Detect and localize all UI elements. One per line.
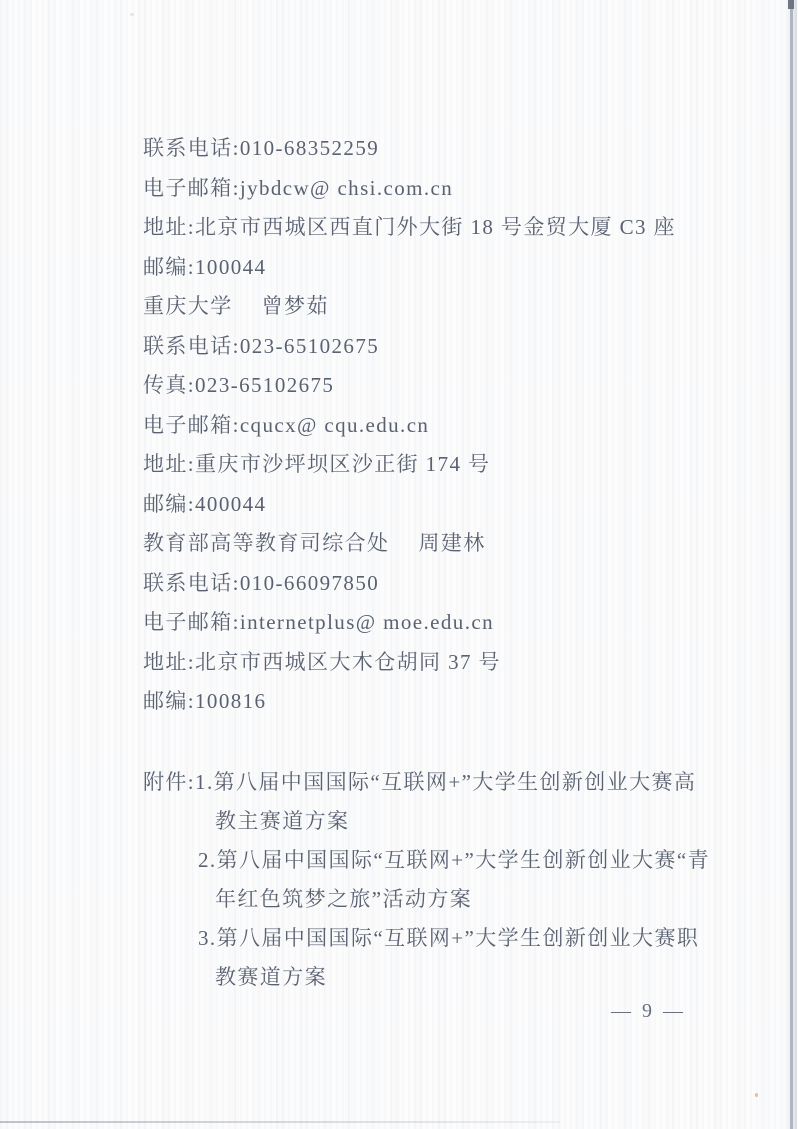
attachment-item-3-line-1: 3.第八届中国国际“互联网+”大学生创新创业大赛职 [143,919,703,958]
contact-email-line: 电子邮箱:internetplus@ moe.edu.cn [143,603,703,643]
attachment-item-3-number: 3. [198,926,217,950]
contact-fax-line: 传真:023-65102675 [143,366,703,406]
contact-postcode-line: 邮编:400044 [143,485,703,525]
attachment-item-1-line-1: 附件:1.第八届中国国际“互联网+”大学生创新创业大赛高 [143,763,703,802]
contact-org-person-line: 教育部高等教育司综合处 周建林 [143,524,703,564]
scan-right-edge-cap [788,0,794,9]
attachments-block: 附件:1.第八届中国国际“互联网+”大学生创新创业大赛高 教主赛道方案 2.第八… [143,763,703,997]
attachment-item-1-line-2: 教主赛道方案 [143,802,703,841]
scan-bottom-edge-line [0,1121,560,1123]
contact-info-block: 联系电话:010-68352259 电子邮箱:jybdcw@ chsi.com.… [143,129,703,722]
contact-org-person-line: 重庆大学 曾梦茹 [143,287,703,327]
contact-email-line: 电子邮箱:cqucx@ cqu.edu.cn [143,406,703,446]
attachment-item-1-text: 第八届中国国际“互联网+”大学生创新创业大赛高 [214,770,697,794]
contact-email-line: 电子邮箱:jybdcw@ chsi.com.cn [143,169,703,209]
contact-postcode-line: 邮编:100816 [143,682,703,722]
attachment-item-3-text: 第八届中国国际“互联网+”大学生创新创业大赛职 [217,926,700,950]
page-number: — 9 — [611,1000,686,1023]
contact-address-line: 地址:北京市西城区大木仓胡同 37 号 [143,643,703,683]
attachment-item-2-line-2: 年红色筑梦之旅”活动方案 [143,880,703,919]
attachments-label: 附件: [143,770,195,794]
scan-speck [130,13,134,16]
attachment-item-2-number: 2. [198,848,217,872]
contact-phone-line: 联系电话:023-65102675 [143,327,703,367]
contact-postcode-line: 邮编:100044 [143,248,703,288]
attachment-item-1-number: 1. [195,770,214,794]
contact-address-line: 地址:北京市西城区西直门外大街 18 号金贸大厦 C3 座 [143,208,703,248]
contact-address-line: 地址:重庆市沙坪坝区沙正街 174 号 [143,445,703,485]
scan-speck [755,1093,758,1097]
scan-right-edge-line [790,0,793,1129]
attachment-item-2-line-1: 2.第八届中国国际“互联网+”大学生创新创业大赛“青 [143,841,703,880]
scanned-document-page: 联系电话:010-68352259 电子邮箱:jybdcw@ chsi.com.… [0,0,798,1129]
attachment-item-2-text: 第八届中国国际“互联网+”大学生创新创业大赛“青 [217,848,710,872]
contact-phone-line: 联系电话:010-68352259 [143,129,703,169]
contact-phone-line: 联系电话:010-66097850 [143,564,703,604]
attachment-item-3-line-2: 教赛道方案 [143,958,703,997]
